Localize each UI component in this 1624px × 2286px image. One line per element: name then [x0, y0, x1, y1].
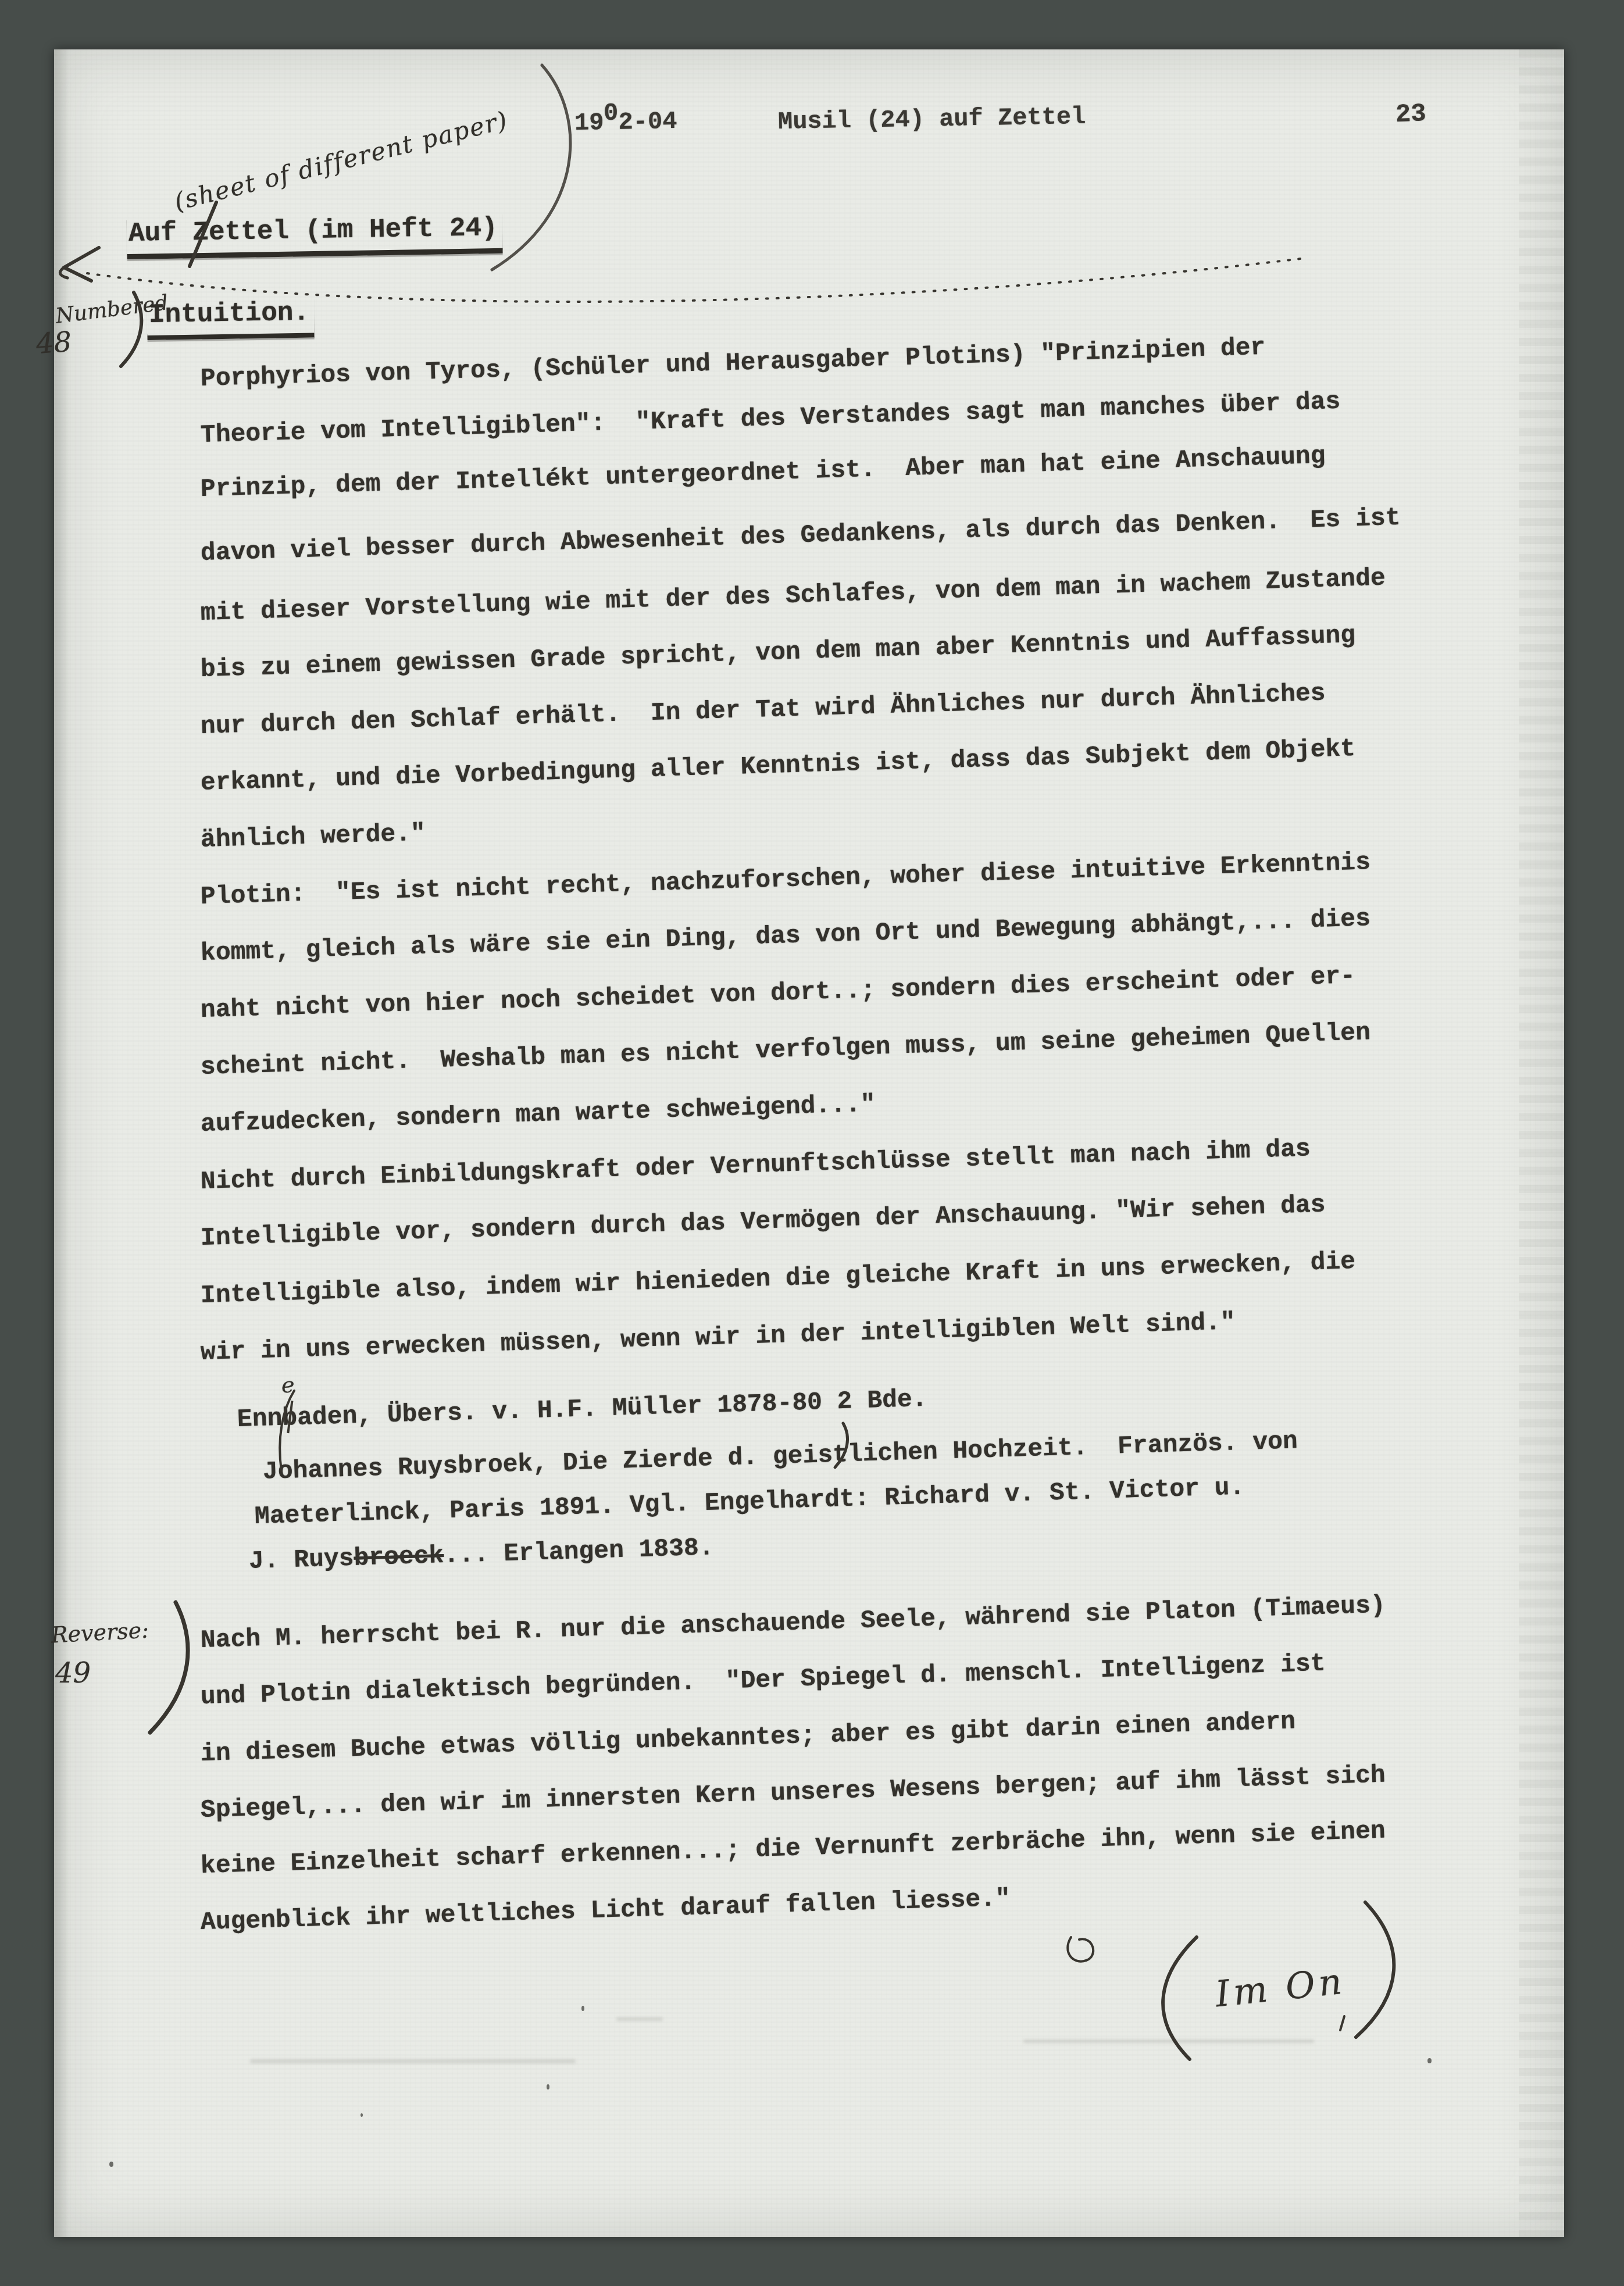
scan-background: 1902-04 Musil (24) auf Zettel 23 (sheet … — [0, 0, 1624, 2286]
ghost-smudge — [1023, 2039, 1314, 2043]
header-title: Musil (24) auf Zettel — [778, 105, 1086, 134]
margin-note-reverse-value: 49 — [55, 1657, 91, 1690]
page-edge-shadow — [54, 49, 69, 2237]
margin-note-reverse: Reverse: — [51, 1617, 149, 1648]
section-heading-text: Intuition. — [147, 297, 315, 340]
document-heading: Auf Zettel (im Heft 24) — [127, 215, 503, 247]
margin-note-numbered-value: 48 — [35, 326, 73, 360]
ink-speck — [1427, 2058, 1432, 2063]
ink-speck — [109, 2162, 113, 2167]
ink-speck — [581, 2006, 584, 2011]
ghost-smudge — [250, 2059, 576, 2063]
header-date-prefix: 19 — [574, 109, 604, 137]
ghost-smudge — [616, 2017, 663, 2021]
ruysbroeck-struck: broeck — [354, 1541, 444, 1573]
ink-speck — [361, 2113, 363, 2117]
section-heading: Intuition. — [147, 299, 315, 328]
enneaden-pre: Enn — [237, 1404, 283, 1434]
ruysbroeck-pre: J. Ruys — [248, 1544, 354, 1576]
document-heading-text: Auf Zettel (im Heft 24) — [127, 213, 503, 259]
scan-edge-noise — [1519, 49, 1564, 2237]
header-date-superscript: 0 — [604, 99, 619, 127]
enneaden-overstruck-letter: b — [282, 1405, 298, 1431]
typed-line: ähnlich werde." — [200, 821, 426, 852]
page-number: 23 — [1395, 101, 1426, 128]
header-date: 1902-04 — [574, 109, 677, 135]
ink-speck — [547, 2084, 549, 2089]
header-date-suffix: 2-04 — [618, 108, 677, 137]
enneaden-tail: 2 Bde. — [822, 1385, 927, 1416]
handwritten-inserted-e: e — [281, 1372, 295, 1398]
